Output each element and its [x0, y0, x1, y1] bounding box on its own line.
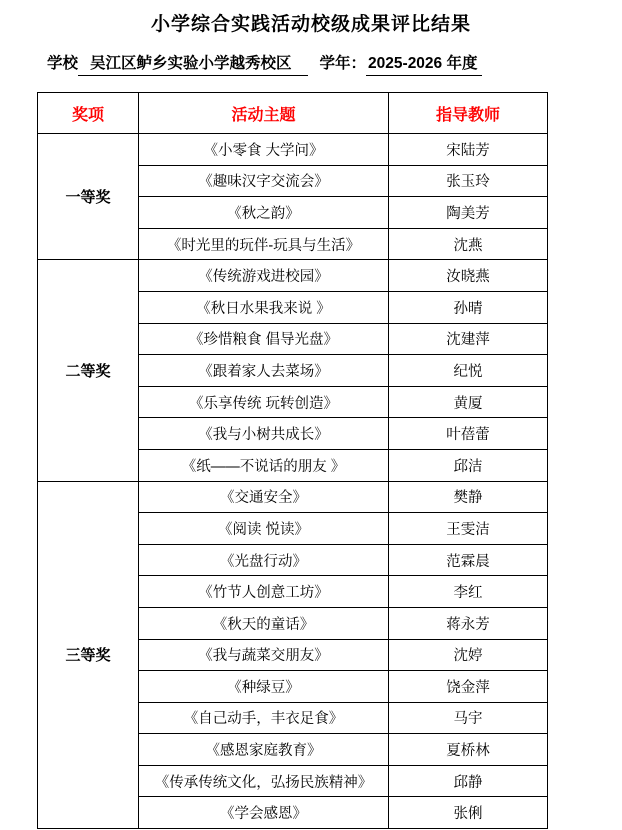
- teacher-cell: 张玉玲: [389, 165, 548, 197]
- theme-cell: 《感恩家庭教育》: [139, 734, 389, 766]
- teacher-cell: 樊静: [389, 481, 548, 513]
- teacher-cell: 蒋永芳: [389, 607, 548, 639]
- teacher-cell: 夏桥林: [389, 734, 548, 766]
- theme-cell: 《交通安全》: [139, 481, 389, 513]
- theme-cell: 《时光里的玩伴-玩具与生活》: [139, 228, 389, 260]
- table-row: 一等奖《小零食 大学问》宋陆芳: [38, 134, 548, 166]
- award-cell: 二等奖: [38, 260, 139, 481]
- results-table: 奖项 活动主题 指导教师 一等奖《小零食 大学问》宋陆芳《趣味汉字交流会》张玉玲…: [37, 92, 548, 829]
- theme-cell: 《小零食 大学问》: [139, 134, 389, 166]
- theme-cell: 《学会感恩》: [139, 797, 389, 829]
- school-year-line: 学校吴江区鲈乡实验小学越秀校区学年：2025-2026 年度: [47, 51, 622, 76]
- theme-cell: 《秋之韵》: [139, 197, 389, 229]
- teacher-cell: 陶美芳: [389, 197, 548, 229]
- theme-cell: 《秋日水果我来说 》: [139, 291, 389, 323]
- teacher-cell: 沈婷: [389, 639, 548, 671]
- teacher-cell: 饶金萍: [389, 671, 548, 703]
- theme-cell: 《跟着家人去菜场》: [139, 355, 389, 387]
- teacher-cell: 马宇: [389, 702, 548, 734]
- theme-cell: 《珍惜粮食 倡导光盘》: [139, 323, 389, 355]
- award-cell: 三等奖: [38, 481, 139, 829]
- theme-cell: 《我与小树共成长》: [139, 418, 389, 450]
- page-title: 小学综合实践活动校级成果评比结果: [0, 9, 622, 36]
- teacher-cell: 纪悦: [389, 355, 548, 387]
- theme-cell: 《自己动手，丰衣足食》: [139, 702, 389, 734]
- theme-cell: 《种绿豆》: [139, 671, 389, 703]
- teacher-cell: 沈建萍: [389, 323, 548, 355]
- teacher-cell: 邱静: [389, 765, 548, 797]
- teacher-cell: 邱洁: [389, 449, 548, 481]
- theme-cell: 《乐享传统 玩转创造》: [139, 386, 389, 418]
- header-theme: 活动主题: [139, 93, 389, 134]
- theme-cell: 《我与蔬菜交朋友》: [139, 639, 389, 671]
- year-label: 学年：: [320, 55, 367, 72]
- theme-cell: 《秋天的童话》: [139, 607, 389, 639]
- teacher-cell: 宋陆芳: [389, 134, 548, 166]
- teacher-cell: 范霖晨: [389, 544, 548, 576]
- results-table-body: 一等奖《小零食 大学问》宋陆芳《趣味汉字交流会》张玉玲《秋之韵》陶美芳《时光里的…: [38, 134, 548, 829]
- table-row: 二等奖《传统游戏进校园》汝晓燕: [38, 260, 548, 292]
- teacher-cell: 张俐: [389, 797, 548, 829]
- header-award: 奖项: [38, 93, 139, 134]
- table-row: 三等奖《交通安全》樊静: [38, 481, 548, 513]
- theme-cell: 《光盘行动》: [139, 544, 389, 576]
- header-teacher: 指导教师: [389, 93, 548, 134]
- teacher-cell: 汝晓燕: [389, 260, 548, 292]
- school-name-value: 吴江区鲈乡实验小学越秀校区: [78, 51, 308, 76]
- theme-cell: 《传承传统文化，弘扬民族精神》: [139, 765, 389, 797]
- teacher-cell: 王雯洁: [389, 513, 548, 545]
- award-cell: 一等奖: [38, 134, 139, 260]
- teacher-cell: 黄厦: [389, 386, 548, 418]
- theme-cell: 《竹节人创意工坊》: [139, 576, 389, 608]
- teacher-cell: 孙晴: [389, 291, 548, 323]
- teacher-cell: 沈燕: [389, 228, 548, 260]
- teacher-cell: 叶蓓蕾: [389, 418, 548, 450]
- theme-cell: 《传统游戏进校园》: [139, 260, 389, 292]
- year-value: 2025-2026 年度: [366, 51, 482, 76]
- theme-cell: 《阅读 悦读》: [139, 513, 389, 545]
- school-label: 学校: [47, 55, 78, 72]
- theme-cell: 《趣味汉字交流会》: [139, 165, 389, 197]
- table-header-row: 奖项 活动主题 指导教师: [38, 93, 548, 134]
- theme-cell: 《纸——不说话的朋友 》: [139, 449, 389, 481]
- teacher-cell: 李红: [389, 576, 548, 608]
